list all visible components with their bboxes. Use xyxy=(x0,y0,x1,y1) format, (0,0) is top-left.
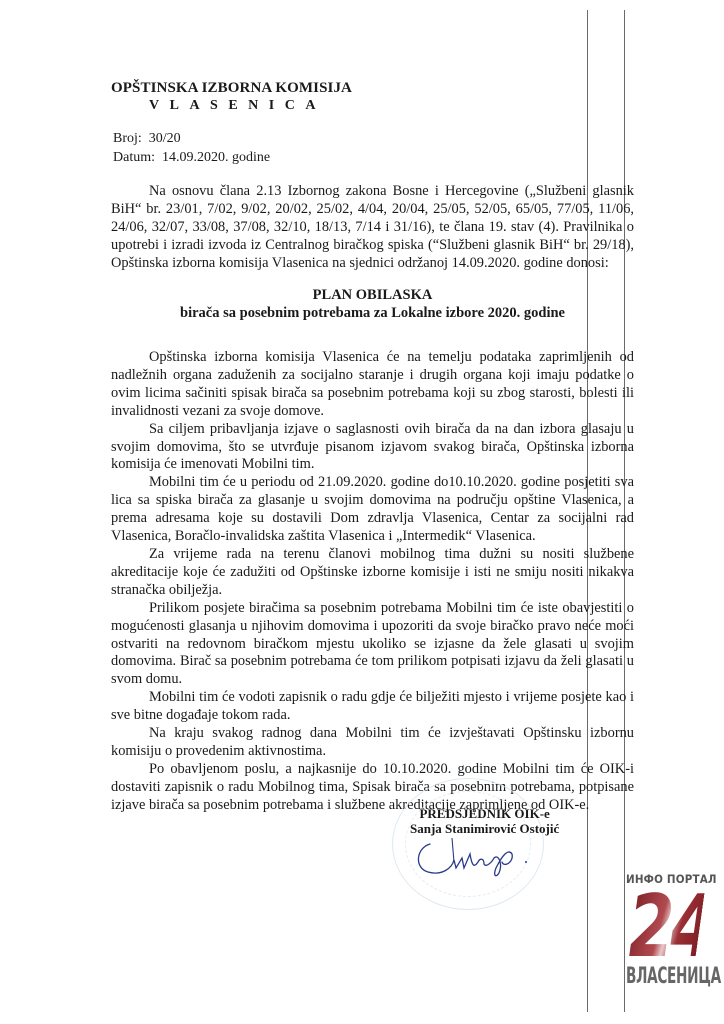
document-number: Broj: 30/20 xyxy=(113,129,270,148)
paragraph: Sa ciljem pribavljanja izjave o saglasno… xyxy=(111,421,634,475)
date-label: Datum: xyxy=(113,150,155,165)
date-value: 14.09.2020. godine xyxy=(162,150,270,165)
handwritten-signature xyxy=(412,832,532,882)
signatory-role: PREDSJEDNIK OIK-e xyxy=(410,806,559,821)
number-value: 30/20 xyxy=(149,131,181,146)
organization-name: OPŠTINSKA IZBORNA KOMISIJA xyxy=(111,79,352,97)
title-subtitle: birača sa posebnim potrebama za Lokalne … xyxy=(111,304,634,322)
document-title: PLAN OBILASKA birača sa posebnim potreba… xyxy=(111,286,634,322)
preamble: Na osnovu člana 2.13 Izbornog zakona Bos… xyxy=(111,182,634,272)
paragraph: Za vrijeme rada na terenu članovi mobiln… xyxy=(111,546,634,600)
document-date: Datum: 14.09.2020. godine xyxy=(113,148,270,167)
document-meta: Broj: 30/20 Datum: 14.09.2020. godine xyxy=(113,129,270,167)
logo-number: 24 xyxy=(622,886,705,968)
paragraph: Mobilni tim će u periodu od 21.09.2020. … xyxy=(111,474,634,546)
city-name: VLASENICA xyxy=(149,97,352,115)
paragraph: Opštinska izborna komisija Vlasenica će … xyxy=(111,349,634,421)
document-header: OPŠTINSKA IZBORNA KOMISIJA VLASENICA xyxy=(111,79,352,115)
document-body: Opštinska izborna komisija Vlasenica će … xyxy=(111,349,634,815)
logo-bottom-text: ВЛАСЕНИЦА xyxy=(626,964,684,989)
paragraph: Prilikom posjete biračima sa posebnim po… xyxy=(111,600,634,690)
title-main: PLAN OBILASKA xyxy=(111,286,634,304)
paragraph: Mobilni tim će vodoti zapisnik o radu gd… xyxy=(111,689,634,725)
portal-watermark-logo: ИНФО ПОРТАЛ 24 ВЛАСЕНИЦА xyxy=(626,872,720,1020)
number-label: Broj: xyxy=(113,131,142,146)
preamble-text: Na osnovu člana 2.13 Izbornog zakona Bos… xyxy=(111,182,634,272)
paragraph: Na kraju svakog radnog dana Mobilni tim … xyxy=(111,725,634,761)
